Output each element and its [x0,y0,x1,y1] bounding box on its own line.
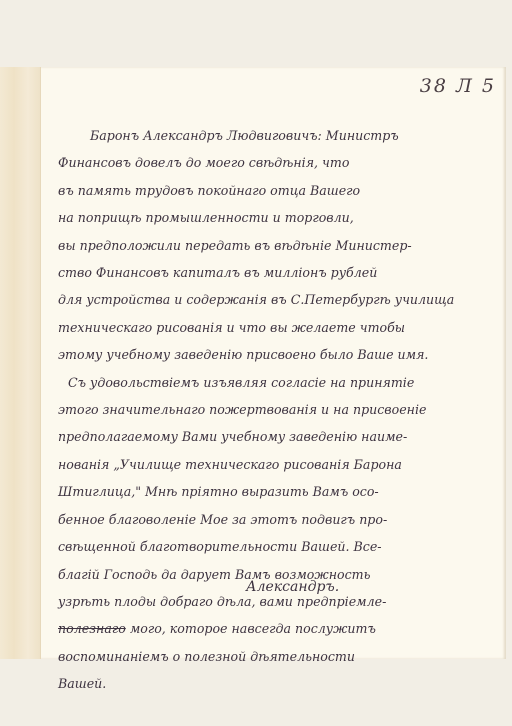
text-line: этому учебному заведенію присвоено было … [58,341,498,368]
folio-number: 38 Л 5 [420,75,496,97]
text-line: Съ удовольствіемъ изъявляя согласіе на п… [58,369,498,396]
text-line: въ память трудовъ покойнаго отца Вашего [58,177,498,204]
text-line: техническаго рисованія и что вы желаете … [58,314,498,341]
struck-word: полезнаго [58,621,126,636]
signature: Александръ. [246,579,339,595]
text-line: полезнаго мого, которое навсегда послужи… [58,615,498,642]
text-line: Финансовъ довелъ до моего свѣдѣнія, что [58,149,498,176]
text-line: предполагаемому Вами учебному заведенію … [58,423,498,450]
text-line: Штиглица," Мнѣ пріятно выразить Вамъ осо… [58,478,498,505]
letter-body: Баронъ Александръ Людвиговичъ: Министръ … [58,122,498,698]
binding-edge [0,67,41,659]
text-line: Баронъ Александръ Людвиговичъ: Министръ [58,122,498,149]
text-line: ство Финансовъ капиталъ въ милліонъ рубл… [58,259,498,286]
text-line: для устройства и содержанія въ С.Петербу… [58,286,498,313]
text-line: на поприщѣ промышленности и торговли, [58,204,498,231]
manuscript-page: 38 Л 5 Баронъ Александръ Людвиговичъ: Ми… [0,67,506,659]
text-line: вы предположили передать въ вѣдѣніе Мини… [58,232,498,259]
text-line: нованія „Училище техническаго рисованія … [58,451,498,478]
text-line: этого значительнаго пожертвованія и на п… [58,396,498,423]
text-line-rest: мого, которое навсегда послужитъ [130,621,376,636]
text-line: свѣщенной благотворительности Вашей. Все… [58,533,498,560]
text-line: воспоминаніемъ о полезной дѣятельности [58,643,498,670]
text-line: Вашей. [58,670,498,697]
text-line: бенное благоволеніе Мое за этотъ подвигъ… [58,506,498,533]
